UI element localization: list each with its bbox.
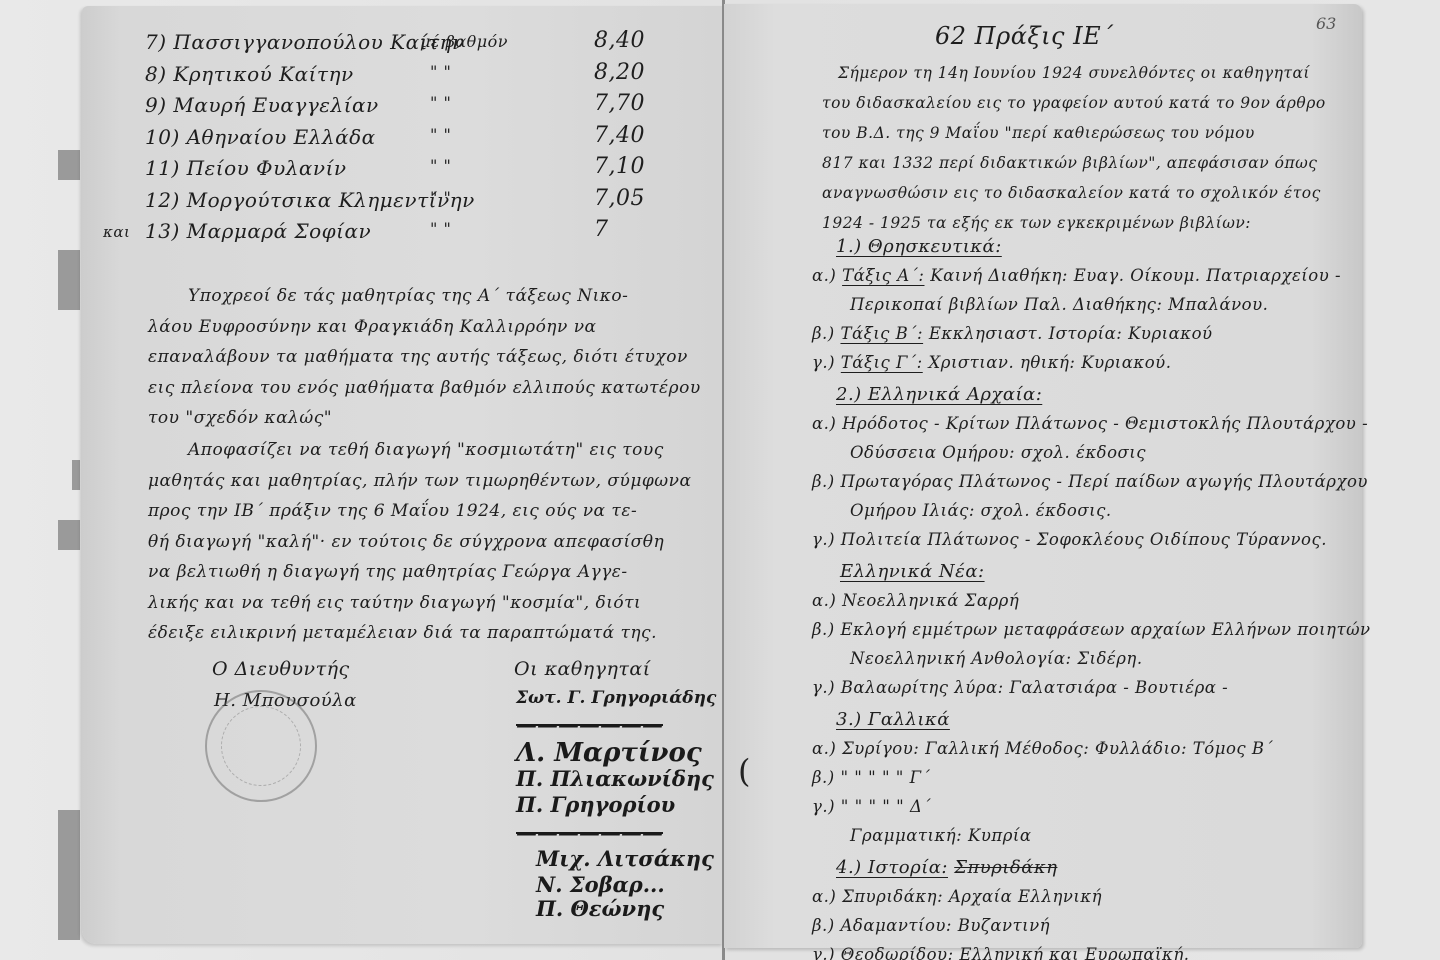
grade-value: 8,20: [594, 60, 645, 85]
item-marker: α.): [812, 266, 842, 285]
item-marker: β.): [812, 768, 840, 787]
text-line: επαναλάβουν τα μαθήματα της αυτής τάξεως…: [148, 347, 688, 367]
item-text: Ηρόδοτος - Κρίτων Πλάτωνος - Θεμιστοκλής…: [842, 414, 1368, 433]
teachers-label: Οι καθηγηταί: [514, 658, 651, 680]
torn-edge: [72, 460, 80, 490]
grade-row-name: 9) Μαυρή Ευαγγελίαν: [145, 93, 379, 117]
item-marker: γ.): [812, 530, 841, 549]
list-item: γ.) Βαλαωρίτης λύρα: Γαλατσιάρα - Βουτιέ…: [812, 678, 1228, 697]
list-item: β.) Εκλογή εμμέτρων μεταφράσεων αρχαίων …: [812, 620, 1371, 639]
teacher-signature: Μιχ. Λιτσάκης: [536, 846, 714, 871]
text-line: του διδασκαλείου εις το γραφείον αυτού κ…: [822, 94, 1326, 112]
grade-ditto: " ": [430, 93, 451, 112]
item-marker: α.): [812, 739, 842, 758]
page-number: 63: [1316, 14, 1336, 33]
item-marker: β.): [812, 916, 840, 935]
section-title: 3.) Γαλλικά: [836, 709, 950, 730]
list-item: Νεοελληνική Ανθολογία: Σιδέρη.: [850, 649, 1143, 668]
grade-value: 7,40: [594, 123, 645, 148]
list-item: β.) Πρωταγόρας Πλάτωνος - Περί παίδων αγ…: [812, 472, 1368, 491]
act-heading: 62 Πράξις ΙΕ΄: [935, 22, 1114, 50]
teacher-signature: Π. Πλιακωνίδης: [516, 766, 714, 791]
section-title-text: 4.) Ιστορία:: [836, 857, 948, 878]
grade-ditto: " ": [430, 62, 451, 81]
item-text: " " " " " Γ΄: [840, 768, 930, 787]
torn-edge: [58, 810, 80, 940]
list-item: Γραμματική: Κυπρία: [850, 826, 1032, 845]
item-label: Τάξις Α΄:: [842, 266, 924, 285]
section-title-text: 2.) Ελληνικά Αρχαία:: [836, 384, 1042, 405]
section-title: 1.) Θρησκευτικά:: [836, 236, 1002, 257]
item-marker: β.): [812, 472, 840, 491]
grade-row-name: 7) Πασσιγγανοπούλου Καίτην: [145, 30, 465, 54]
teacher-signature: ———————: [516, 820, 663, 845]
list-item: α.) Σπυριδάκη: Αρχαία Ελληνική: [812, 887, 1102, 906]
teacher-signature: ———————: [516, 712, 663, 737]
list-item: Ομήρου Ιλιάς: σχολ. έκδοσις.: [850, 501, 1112, 520]
grade-row-label: μέ βαθμόν: [420, 32, 508, 51]
item-marker: γ.): [812, 678, 841, 697]
grade-row-name: 8) Κρητικού Καίτην: [145, 62, 354, 86]
item-marker: α.): [812, 887, 842, 906]
list-item: γ.) Τάξις Γ΄: Χριστιαν. ηθική: Κυριακού.: [812, 353, 1171, 372]
item-label: Τάξις Β΄:: [840, 324, 923, 343]
teacher-signature: Λ. Μαρτίνος: [516, 738, 702, 768]
text-line: λάου Ευφροσύνην και Φραγκιάδη Καλλιρρόην…: [148, 317, 597, 337]
text-line: εις πλείονα του ενός μαθήματα βαθμόν ελλ…: [148, 378, 701, 398]
text-line: 817 και 1332 περί διδακτικών βιβλίων", α…: [822, 154, 1317, 172]
item-text: Θεοδωρίδου: Ελληνική και Ευρωπαϊκή.: [841, 945, 1190, 960]
grade-ditto: " ": [430, 219, 451, 238]
list-item: α.) Ηρόδοτος - Κρίτων Πλάτωνος - Θεμιστο…: [812, 414, 1368, 433]
section-title: 4.) Ιστορία: Σπυριδάκη: [836, 857, 1057, 878]
teacher-signature: Π. Γρηγορίου: [516, 792, 675, 817]
section-title: Ελληνικά Νέα:: [840, 561, 985, 582]
item-text: Πολιτεία Πλάτωνος - Σοφοκλέους Οιδίπους …: [841, 530, 1327, 549]
text-line: μαθητάς και μαθητρίας, πλήν των τιμωρηθέ…: [148, 471, 691, 491]
item-text: Ομήρου Ιλιάς: σχολ. έκδοσις.: [850, 501, 1112, 520]
item-text: Βαλαωρίτης λύρα: Γαλατσιάρα - Βουτιέρα -: [841, 678, 1228, 697]
list-item: α.) Νεοελληνικά Σαρρή: [812, 591, 1019, 610]
grade-value: 7,70: [594, 91, 645, 116]
grade-prefix: και: [103, 223, 130, 241]
section-title-struck: Σπυριδάκη: [954, 857, 1057, 878]
item-marker: γ.): [812, 797, 841, 816]
item-text: Περικοπαί βιβλίων Παλ. Διαθήκης: Μπαλάνο…: [850, 295, 1268, 314]
item-marker: β.): [812, 620, 840, 639]
item-text: Σπυριδάκη: Αρχαία Ελληνική: [842, 887, 1102, 906]
item-marker: α.): [812, 414, 842, 433]
grade-row-name: 11) Πείου Φυλανίν: [145, 156, 347, 180]
item-text: Καινή Διαθήκη: Ευαγ. Οίκουμ. Πατριαρχείο…: [930, 266, 1341, 285]
item-text: Οδύσσεια Ομήρου: σχολ. έκδοσις: [850, 443, 1146, 462]
list-item: γ.) Θεοδωρίδου: Ελληνική και Ευρωπαϊκή.: [812, 945, 1189, 960]
item-marker: α.): [812, 591, 842, 610]
list-item: β.) Τάξις Β΄: Εκκλησιαστ. Ιστορία: Κυρια…: [812, 324, 1213, 343]
text-line: λικής και να τεθή εις ταύτην διαγωγή "κο…: [148, 593, 641, 613]
grade-value: 8,40: [594, 28, 645, 53]
section-title-text: Ελληνικά Νέα:: [840, 561, 985, 582]
text-line: Υποχρεοί δε τάς μαθητρίας της Α΄ τάξεως …: [188, 286, 628, 306]
list-item: α.) Συρίγου: Γαλλική Μέθοδος: Φυλλάδιο: …: [812, 739, 1273, 758]
item-text: Νεοελληνικά Σαρρή: [842, 591, 1019, 610]
teacher-signature: Ν. Σοβαρ...: [536, 872, 665, 897]
text-line: θή διαγωγή "καλή"· εν τούτοις δε σύγχρον…: [148, 532, 664, 552]
grade-ditto: " ": [430, 125, 451, 144]
text-line: προς την ΙΒ΄ πράξιν της 6 Μαΐου 1924, ει…: [148, 501, 637, 521]
grade-value: 7,10: [594, 154, 645, 179]
item-text: Χριστιαν. ηθική: Κυριακού.: [929, 353, 1172, 372]
item-text: Πρωταγόρας Πλάτωνος - Περί παίδων αγωγής…: [840, 472, 1368, 491]
text-line: του "σχεδόν καλώς": [148, 408, 332, 428]
text-line: 1924 - 1925 τα εξής εκ των εγκεκριμένων …: [822, 214, 1251, 232]
grade-row-name: 13) Μαρμαρά Σοφίαν: [145, 219, 371, 243]
text-line: Σήμερον τη 14η Ιουνίου 1924 συνελθόντες …: [838, 64, 1310, 82]
list-item: Περικοπαί βιβλίων Παλ. Διαθήκης: Μπαλάνο…: [850, 295, 1268, 314]
grade-value: 7: [594, 217, 609, 242]
item-text: Αδαμαντίου: Βυζαντινή: [840, 916, 1050, 935]
item-label: Τάξις Γ΄:: [841, 353, 923, 372]
torn-edge: [58, 150, 80, 180]
official-stamp: [205, 690, 317, 802]
grade-row-name: 10) Αθηναίου Ελλάδα: [145, 125, 376, 149]
item-text: " " " " " Δ΄: [841, 797, 931, 816]
item-marker: β.): [812, 324, 840, 343]
list-item: α.) Τάξις Α΄: Καινή Διαθήκη: Ευαγ. Οίκου…: [812, 266, 1341, 285]
director-label: Ο Διευθυντής: [212, 658, 350, 680]
text-line: Αποφασίζει να τεθή διαγωγή "κοσμιωτάτη" …: [188, 440, 664, 460]
margin-mark: (: [738, 752, 750, 790]
list-item: γ.) " " " " " Δ΄: [812, 797, 931, 816]
grade-value: 7,05: [594, 186, 645, 211]
teacher-signature: Π. Θεώνης: [536, 896, 664, 921]
torn-edge: [58, 520, 80, 550]
section-title-text: 3.) Γαλλικά: [836, 709, 950, 730]
item-marker: γ.): [812, 353, 841, 372]
item-text: Εκλογή εμμέτρων μεταφράσεων αρχαίων Ελλή…: [840, 620, 1370, 639]
text-line: να βελτιωθή η διαγωγή της μαθητρίας Γεώρ…: [148, 562, 628, 582]
grade-ditto: " ": [430, 156, 451, 175]
text-line: έδειξε ειλικρινή μεταμέλειαν διά τα παρα…: [148, 623, 657, 643]
item-text: Γραμματική: Κυπρία: [850, 826, 1032, 845]
section-title-text: 1.) Θρησκευτικά:: [836, 236, 1002, 257]
torn-edge: [58, 250, 80, 310]
item-marker: γ.): [812, 945, 841, 960]
text-line: του Β.Δ. της 9 Μαΐου "περί καθιερώσεως τ…: [822, 124, 1255, 142]
list-item: γ.) Πολιτεία Πλάτωνος - Σοφοκλέους Οιδίπ…: [812, 530, 1327, 549]
item-text: Εκκλησιαστ. Ιστορία: Κυριακού: [929, 324, 1213, 343]
teacher-signature: Σωτ. Γ. Γρηγοριάδης: [516, 688, 716, 708]
list-item: β.) Αδαμαντίου: Βυζαντινή: [812, 916, 1050, 935]
list-item: β.) " " " " " Γ΄: [812, 768, 930, 787]
section-title: 2.) Ελληνικά Αρχαία:: [836, 384, 1042, 405]
item-text: Συρίγου: Γαλλική Μέθοδος: Φυλλάδιο: Τόμο…: [842, 739, 1273, 758]
grade-row-name: 12) Μοργούτσικα Κλημεντίνην: [145, 188, 475, 212]
item-text: Νεοελληνική Ανθολογία: Σιδέρη.: [850, 649, 1143, 668]
text-line: αναγνωσθώσιν εις το διδασκαλείον κατά το…: [822, 184, 1321, 202]
grade-ditto: " ": [430, 188, 451, 207]
list-item: Οδύσσεια Ομήρου: σχολ. έκδοσις: [850, 443, 1146, 462]
